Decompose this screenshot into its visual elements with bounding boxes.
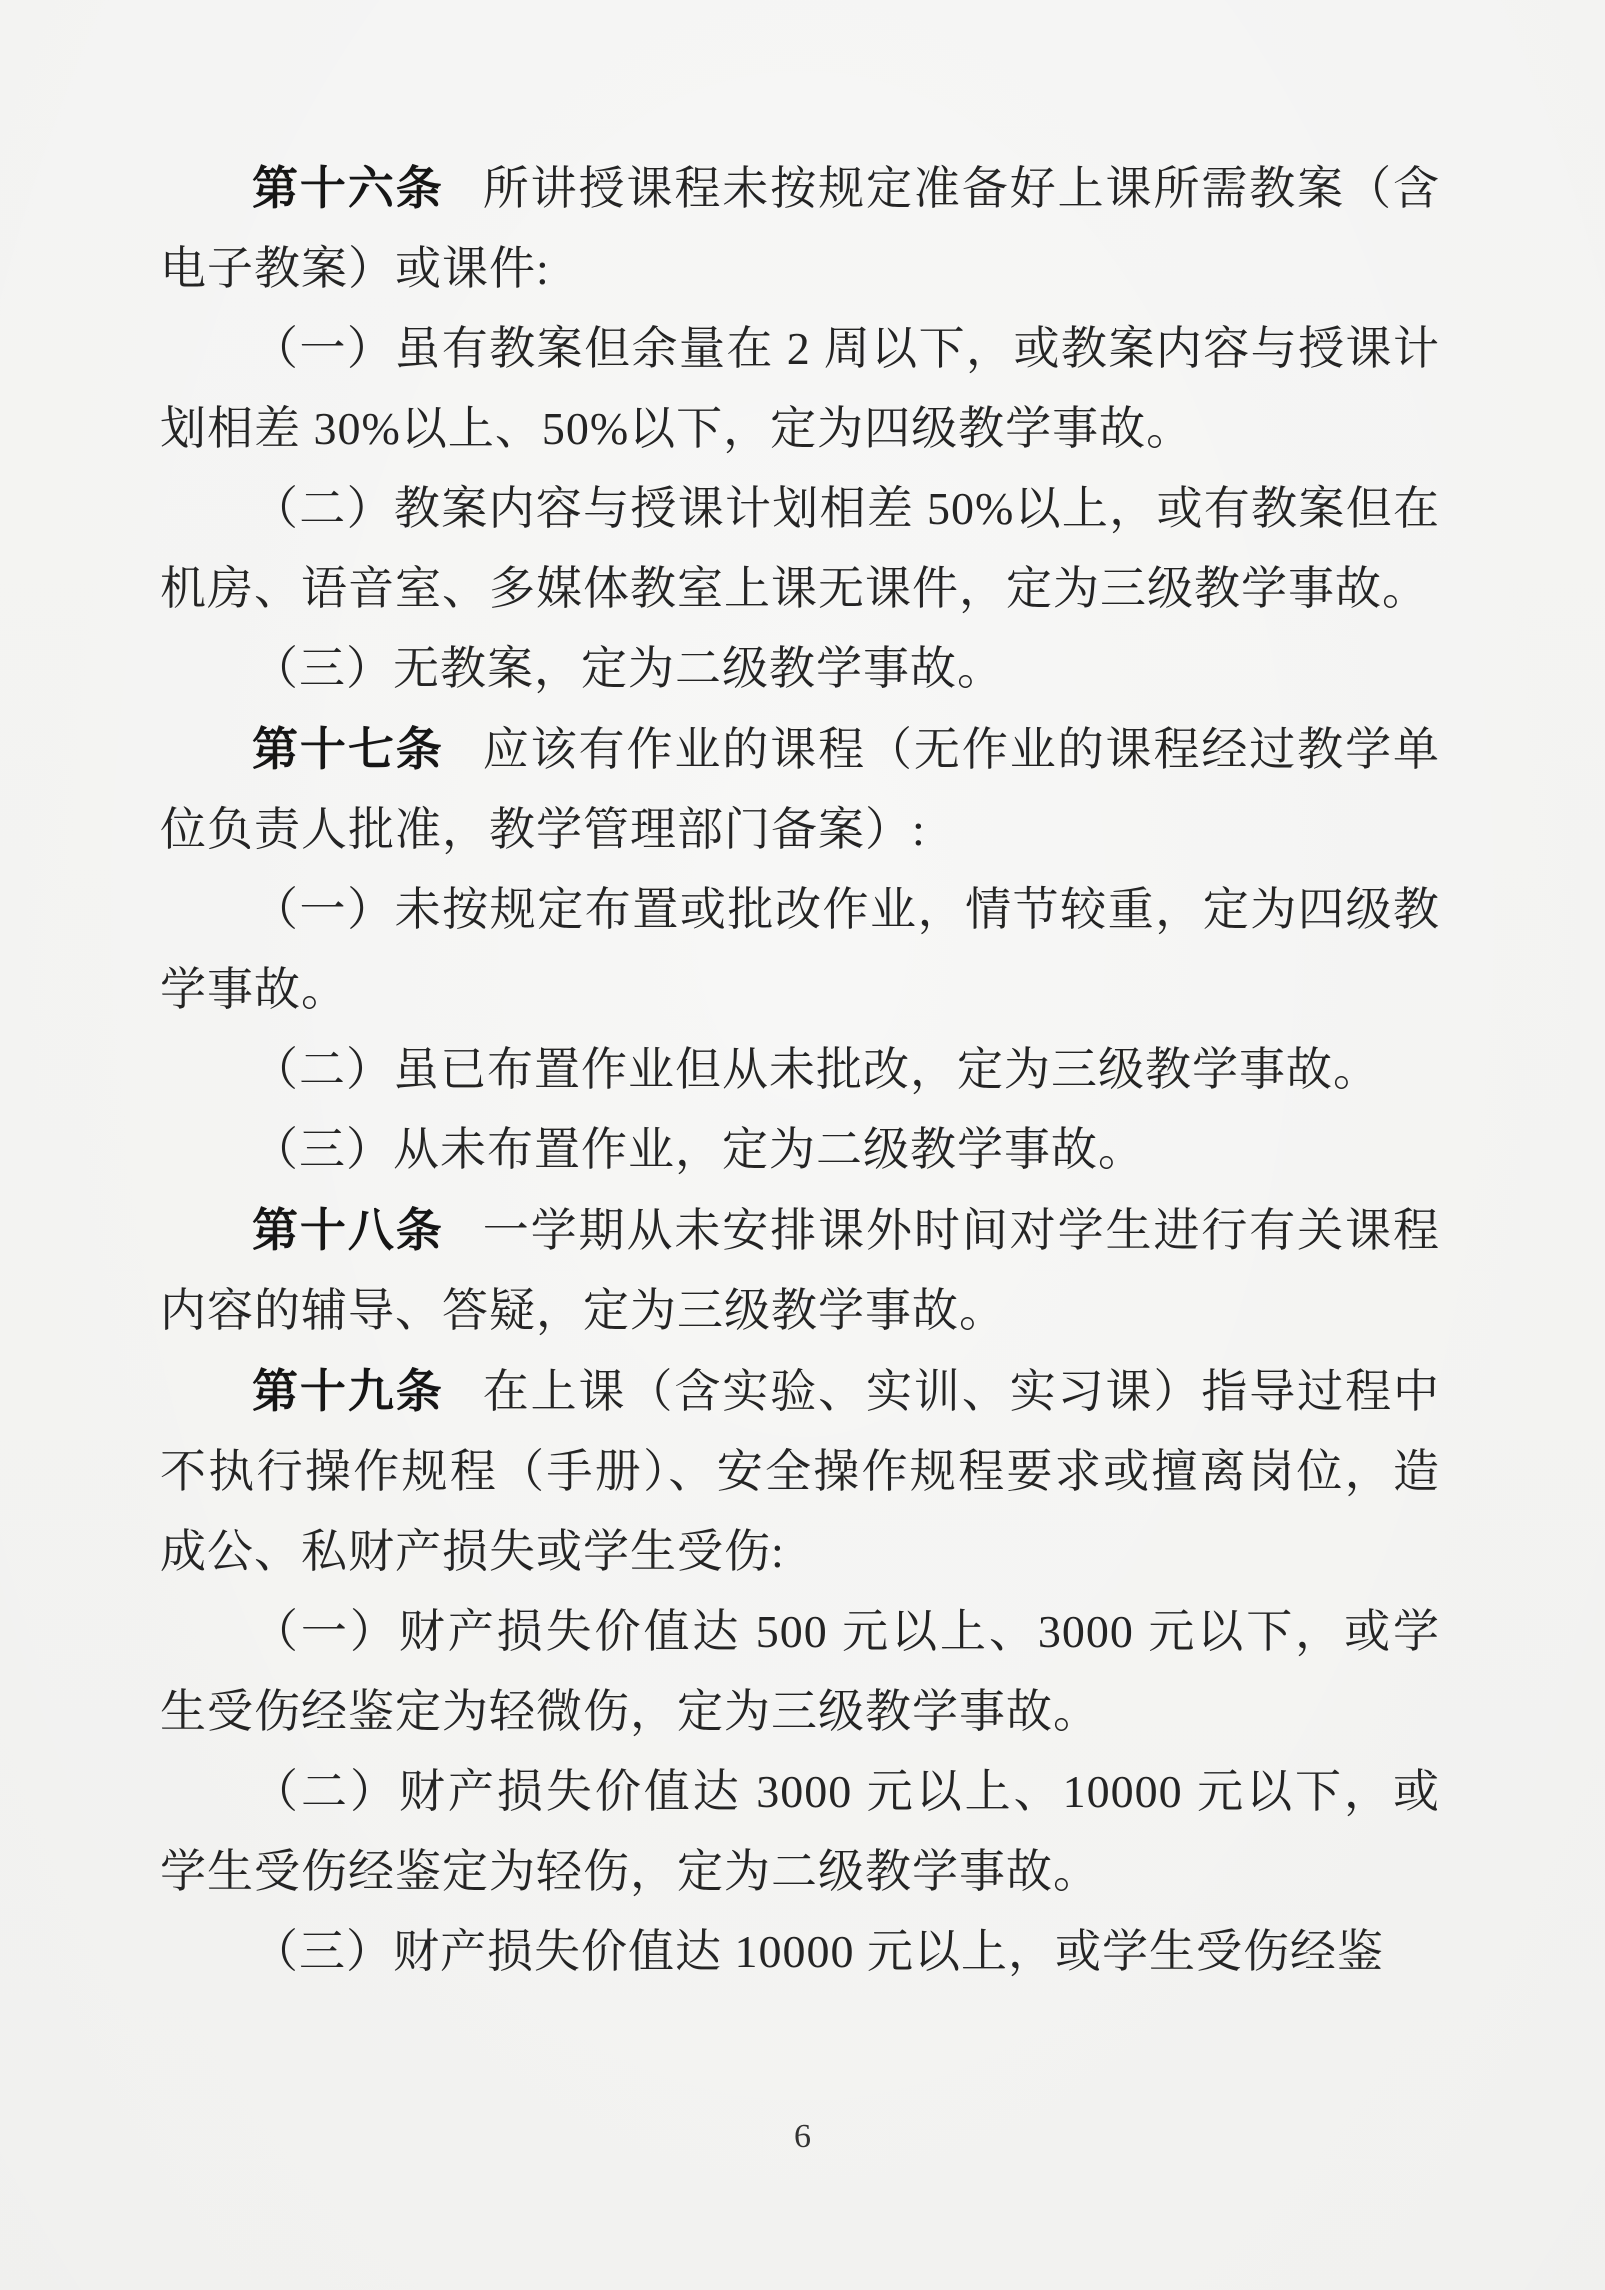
paragraph: （二）虽已布置作业但从未批改，定为三级教学事故。 xyxy=(160,1030,1440,1110)
paragraph: 第十六条所讲授课程未按规定准备好上课所需教案（含电子教案）或课件: xyxy=(160,148,1440,309)
document-page: 第十六条所讲授课程未按规定准备好上课所需教案（含电子教案）或课件: （一）虽有教… xyxy=(0,0,1605,2290)
paragraph: （三）财产损失价值达 10000 元以上，或学生受伤经鉴 xyxy=(160,1912,1440,1992)
article-number: 第十九条 xyxy=(252,1365,444,1417)
page-number: 6 xyxy=(794,2118,811,2155)
article-number: 第十七条 xyxy=(252,723,444,775)
paragraph: （一）虽有教案但余量在 2 周以下，或教案内容与授课计划相差 30%以上、50%… xyxy=(160,309,1440,469)
paragraph-text: （一）未按规定布置或批改作业，情节较重，定为四级教学事故。 xyxy=(160,884,1440,1015)
paragraph-text: （三）从未布置作业，定为二级教学事故。 xyxy=(252,1124,1145,1175)
paragraph: 第十九条在上课（含实验、实训、实习课）指导过程中不执行操作规程（手册）、安全操作… xyxy=(160,1351,1440,1592)
paragraph: （一）财产损失价值达 500 元以上、3000 元以下，或学生受伤经鉴定为轻微伤… xyxy=(160,1592,1440,1752)
paragraph-text: （二）虽已布置作业但从未批改，定为三级教学事故。 xyxy=(252,1044,1380,1095)
paragraph: （一）未按规定布置或批改作业，情节较重，定为四级教学事故。 xyxy=(160,870,1440,1030)
paragraph: 第十七条应该有作业的课程（无作业的课程经过教学单位负责人批准，教学管理部门备案）… xyxy=(160,709,1440,870)
paragraph-text: （一）虽有教案但余量在 2 周以下，或教案内容与授课计划相差 30%以上、50%… xyxy=(160,323,1440,454)
paragraph: （三）无教案，定为二级教学事故。 xyxy=(160,629,1440,709)
paragraph: （二）教案内容与授课计划相差 50%以上，或有教案但在机房、语音室、多媒体教室上… xyxy=(160,469,1440,629)
paragraph-text: （二）财产损失价值达 3000 元以上、10000 元以下，或学生受伤经鉴定为轻… xyxy=(160,1766,1440,1897)
paragraph-text: （二）教案内容与授课计划相差 50%以上，或有教案但在机房、语音室、多媒体教室上… xyxy=(160,483,1440,614)
paragraph: （二）财产损失价值达 3000 元以上、10000 元以下，或学生受伤经鉴定为轻… xyxy=(160,1752,1440,1912)
document-body: 第十六条所讲授课程未按规定准备好上课所需教案（含电子教案）或课件: （一）虽有教… xyxy=(160,148,1440,1992)
article-number: 第十八条 xyxy=(252,1204,444,1256)
paragraph-text: （一）财产损失价值达 500 元以上、3000 元以下，或学生受伤经鉴定为轻微伤… xyxy=(160,1606,1440,1737)
paragraph-text: （三）财产损失价值达 10000 元以上，或学生受伤经鉴 xyxy=(252,1926,1384,1977)
paragraph: 第十八条一学期从未安排课外时间对学生进行有关课程内容的辅导、答疑，定为三级教学事… xyxy=(160,1190,1440,1351)
article-number: 第十六条 xyxy=(252,162,444,214)
paragraph: （三）从未布置作业，定为二级教学事故。 xyxy=(160,1110,1440,1190)
page-footer: 6 xyxy=(0,2118,1605,2156)
paragraph-text: （三）无教案，定为二级教学事故。 xyxy=(252,643,1004,694)
